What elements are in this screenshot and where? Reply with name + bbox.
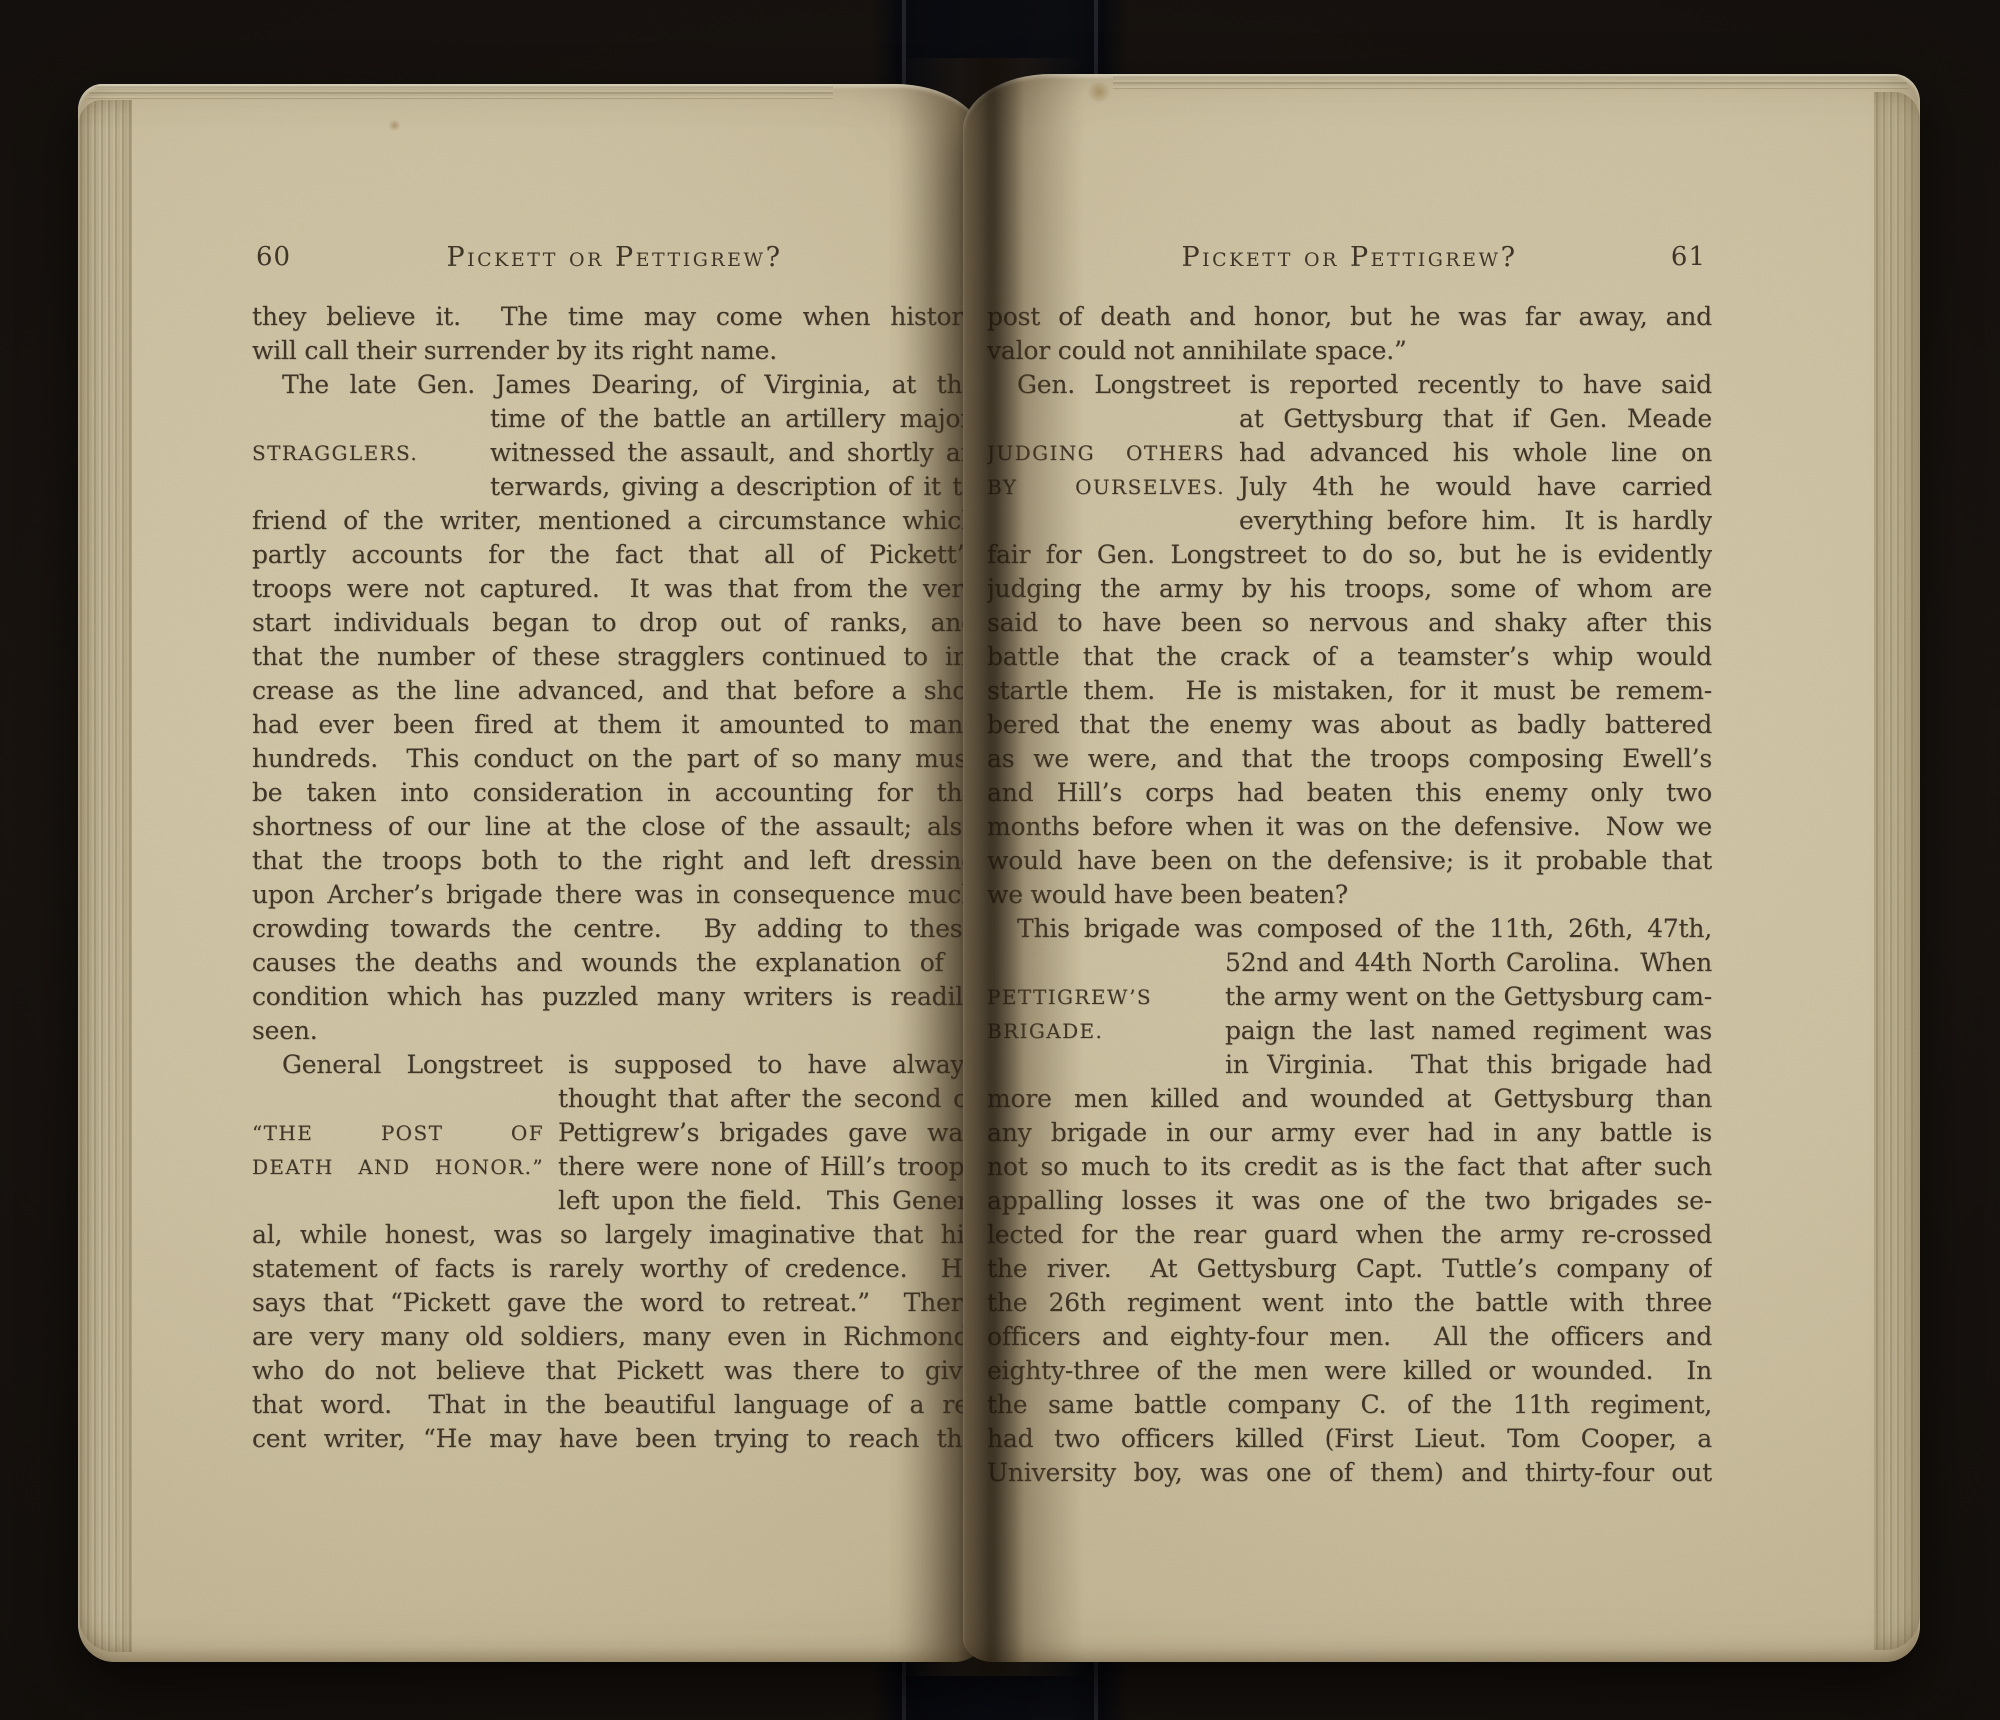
text-line: will call their surrender by its right n… <box>252 334 977 368</box>
running-title: Pickett or Pettigrew? <box>446 242 782 273</box>
text-line: “THE POST OFPettigrew’s brigades gave wa… <box>252 1116 977 1150</box>
line-text: seen. <box>252 1016 317 1045</box>
line-text: are very many old soldiers, many even in… <box>252 1322 977 1351</box>
line-text: time of the battle an artillery major, <box>490 404 977 433</box>
text-line: statement of facts is rarely worthy of c… <box>252 1252 977 1286</box>
line-text: had advanced his whole line on <box>1239 438 1712 467</box>
line-text: partly accounts for the fact that all of… <box>252 540 977 569</box>
line-text: 52nd and 44th North Carolina. When <box>1225 948 1712 977</box>
photo-background: 60 Pickett or Pettigrew? they believe it… <box>0 0 2000 1720</box>
line-text: troops were not captured. It was that fr… <box>252 574 977 603</box>
line-text: crowding towards the centre. By adding t… <box>252 914 977 943</box>
text-line: 52nd and 44th North Carolina. When <box>987 946 1712 980</box>
text-line: The late Gen. James Dearing, of Virginia… <box>252 368 977 402</box>
line-text: says that “Pickett gave the word to retr… <box>252 1288 977 1317</box>
text-line: terwards, giving a description of it to … <box>252 470 977 504</box>
cut-in-sidenote: “THE POST OF <box>252 1117 544 1150</box>
text-line: who do not believe that Pickett was ther… <box>252 1354 977 1388</box>
book-page-left: 60 Pickett or Pettigrew? they believe it… <box>78 84 983 1662</box>
text-line: upon Archer’s brigade there was in conse… <box>252 878 977 912</box>
text-line: they believe it. The time may come when … <box>252 300 977 334</box>
cut-in-sidenote: DEATH AND HONOR.” <box>252 1151 544 1184</box>
running-title: Pickett or Pettigrew? <box>1181 242 1517 273</box>
line-text: the 26th regiment went into the battle w… <box>987 1288 1712 1317</box>
line-text: terwards, giving a description of it to … <box>490 472 977 504</box>
text-line: the 26th regiment went into the battle w… <box>987 1286 1712 1320</box>
line-text: University boy, was one of them) and thi… <box>987 1458 1712 1487</box>
text-line: PETTIGREW’Sthe army went on the Gettysbu… <box>987 980 1712 1014</box>
text-line: start individuals began to drop out of r… <box>252 606 977 640</box>
text-line: JUDGING OTHERShad advanced his whole lin… <box>987 436 1712 470</box>
line-text: witnessed the assault, and shortly af- <box>490 438 977 467</box>
line-text: that the number of these stragglers cont… <box>252 642 977 671</box>
line-text: This brigade was composed of the 11th, 2… <box>1017 914 1712 943</box>
line-text: valor could not annihilate space.” <box>987 336 1407 365</box>
text-line: the same battle company C. of the 11th r… <box>987 1388 1712 1422</box>
text-line: troops were not captured. It was that fr… <box>252 572 977 606</box>
line-text: any brigade in our army ever had in any … <box>987 1118 1712 1147</box>
line-text: eighty-three of the men were killed or w… <box>987 1356 1712 1385</box>
text-line: at Gettysburg that if Gen. Meade <box>987 402 1712 436</box>
cut-in-sidenote: STRAGGLERS. <box>252 437 476 470</box>
text-line: everything before him. It is hardly <box>987 504 1712 538</box>
line-text: not so much to its credit as is the fact… <box>987 1152 1712 1181</box>
line-text: startle them. He is mistaken, for it mus… <box>987 676 1712 705</box>
text-line: months before when it was on the defensi… <box>987 810 1712 844</box>
line-text: they believe it. The time may come when … <box>252 302 977 331</box>
text-line: hundreds. This conduct on the part of so… <box>252 742 977 776</box>
text-line: as we were, and that the troops composin… <box>987 742 1712 776</box>
text-line: post of death and honor, but he was far … <box>987 300 1712 334</box>
text-line: left upon the field. This Gener- <box>252 1184 977 1218</box>
text-line: eighty-three of the men were killed or w… <box>987 1354 1712 1388</box>
line-text: battle that the crack of a teamster’s wh… <box>987 642 1712 671</box>
line-text: in Virginia. That this brigade had <box>1225 1050 1712 1079</box>
text-line: judging the army by his troops, some of … <box>987 572 1712 606</box>
line-text: the army went on the Gettysburg cam- <box>1225 982 1712 1011</box>
text-line: thought that after the second of <box>252 1082 977 1116</box>
text-line: causes the deaths and wounds the explana… <box>252 946 977 980</box>
page-number: 60 <box>256 242 291 272</box>
text-line: be taken into consideration in accountin… <box>252 776 977 810</box>
line-text: start individuals began to drop out of r… <box>252 608 977 637</box>
line-text: would have been on the defensive; is it … <box>987 846 1712 875</box>
line-text: left upon the field. This Gener- <box>558 1186 977 1215</box>
line-text: General Longstreet is supposed to have a… <box>282 1050 977 1079</box>
page-header: 60 Pickett or Pettigrew? <box>252 242 977 273</box>
text-line: DEATH AND HONOR.”there were none of Hill… <box>252 1150 977 1184</box>
line-text: cent writer, “He may have been trying to… <box>252 1424 977 1453</box>
text-line: STRAGGLERS.witnessed the assault, and sh… <box>252 436 977 470</box>
cut-in-sidenote: BY OURSELVES. <box>987 471 1225 504</box>
page-edge-stack-left <box>78 100 132 1652</box>
cut-in-sidenote: BRIGADE. <box>987 1015 1211 1048</box>
text-line: al, while honest, was so largely imagina… <box>252 1218 977 1252</box>
text-line: cent writer, “He may have been trying to… <box>252 1422 977 1456</box>
text-line: crowding towards the centre. By adding t… <box>252 912 977 946</box>
text-line: friend of the writer, mentioned a circum… <box>252 504 977 538</box>
line-text: the river. At Gettysburg Capt. Tuttle’s … <box>987 1254 1712 1283</box>
text-line: battle that the crack of a teamster’s wh… <box>987 640 1712 674</box>
text-line: University boy, was one of them) and thi… <box>987 1456 1712 1490</box>
page-edge-stack-top <box>88 84 833 99</box>
cut-in-sidenote: PETTIGREW’S <box>987 981 1211 1014</box>
line-text: Pettigrew’s brigades gave way <box>558 1118 977 1147</box>
text-line: that the number of these stragglers cont… <box>252 640 977 674</box>
line-text: hundreds. This conduct on the part of so… <box>252 744 977 773</box>
text-line: condition which has puzzled many writers… <box>252 980 977 1014</box>
line-text: we would have been beaten? <box>987 880 1348 909</box>
line-text: had ever been fired at them it amounted … <box>252 710 977 739</box>
line-text: friend of the writer, mentioned a circum… <box>252 506 977 535</box>
text-line: shortness of our line at the close of th… <box>252 810 977 844</box>
line-text: who do not believe that Pickett was ther… <box>252 1356 977 1385</box>
line-text: upon Archer’s brigade there was in conse… <box>252 880 977 909</box>
text-line: officers and eighty-four men. All the of… <box>987 1320 1712 1354</box>
text-line: had ever been fired at them it amounted … <box>252 708 977 742</box>
text-line: BRIGADE.paign the last named regiment wa… <box>987 1014 1712 1048</box>
book-page-right: Pickett or Pettigrew? 61 post of death a… <box>963 74 1920 1662</box>
line-text: causes the deaths and wounds the explana… <box>252 948 977 977</box>
line-text: statement of facts is rarely worthy of c… <box>252 1254 977 1283</box>
line-text: judging the army by his troops, some of … <box>987 574 1712 603</box>
text-line: valor could not annihilate space.” <box>987 334 1712 368</box>
line-text: shortness of our line at the close of th… <box>252 812 977 841</box>
text-line: in Virginia. That this brigade had <box>987 1048 1712 1082</box>
text-line: would have been on the defensive; is it … <box>987 844 1712 878</box>
text-line: that word. That in the beautiful languag… <box>252 1388 977 1422</box>
text-line: are very many old soldiers, many even in… <box>252 1320 977 1354</box>
line-text: officers and eighty-four men. All the of… <box>987 1322 1712 1351</box>
line-text: said to have been so nervous and shaky a… <box>987 608 1712 637</box>
line-text: at Gettysburg that if Gen. Meade <box>1239 404 1712 433</box>
page-body: they believe it. The time may come when … <box>252 300 977 1456</box>
line-text: paign the last named regiment was left <box>1225 1016 1712 1048</box>
text-line: any brigade in our army ever had in any … <box>987 1116 1712 1150</box>
line-text: al, while honest, was so largely imagina… <box>252 1220 977 1249</box>
text-line: we would have been beaten? <box>987 878 1712 912</box>
text-line: seen. <box>252 1014 977 1048</box>
page-edge-stack-right <box>1874 92 1920 1650</box>
text-line: that the troops both to the right and le… <box>252 844 977 878</box>
text-line: had two officers killed (First Lieut. To… <box>987 1422 1712 1456</box>
text-line: Gen. Longstreet is reported recently to … <box>987 368 1712 402</box>
line-text: that the troops both to the right and le… <box>252 846 977 875</box>
text-line: BY OURSELVES.July 4th he would have carr… <box>987 470 1712 504</box>
text-line: says that “Pickett gave the word to retr… <box>252 1286 977 1320</box>
line-text: and Hill’s corps had beaten this enemy o… <box>987 778 1712 807</box>
text-line: lected for the rear guard when the army … <box>987 1218 1712 1252</box>
text-line: and Hill’s corps had beaten this enemy o… <box>987 776 1712 810</box>
text-line: more men killed and wounded at Gettysbur… <box>987 1082 1712 1116</box>
text-line: startle them. He is mistaken, for it mus… <box>987 674 1712 708</box>
line-text: the same battle company C. of the 11th r… <box>987 1390 1712 1419</box>
text-line: This brigade was composed of the 11th, 2… <box>987 912 1712 946</box>
line-text: there were none of Hill’s troops <box>558 1152 977 1181</box>
line-text: Gen. Longstreet is reported recently to … <box>1017 370 1712 399</box>
page-number: 61 <box>1671 242 1706 272</box>
text-line: time of the battle an artillery major, <box>252 402 977 436</box>
line-text: everything before him. It is hardly <box>1239 506 1712 535</box>
line-text: months before when it was on the defensi… <box>987 812 1712 841</box>
page-body: post of death and honor, but he was far … <box>987 300 1712 1490</box>
line-text: that word. That in the beautiful languag… <box>252 1390 977 1419</box>
text-line: said to have been so nervous and shaky a… <box>987 606 1712 640</box>
line-text: condition which has puzzled many writers… <box>252 982 977 1011</box>
cut-in-sidenote: JUDGING OTHERS <box>987 437 1225 470</box>
text-line: partly accounts for the fact that all of… <box>252 538 977 572</box>
line-text: lected for the rear guard when the army … <box>987 1220 1712 1249</box>
line-text: bered that the enemy was about as badly … <box>987 710 1712 739</box>
text-line: fair for Gen. Longstreet to do so, but h… <box>987 538 1712 572</box>
line-text: as we were, and that the troops composin… <box>987 744 1712 773</box>
text-line: not so much to its credit as is the fact… <box>987 1150 1712 1184</box>
line-text: appalling losses it was one of the two b… <box>987 1186 1712 1215</box>
line-text: will call their surrender by its right n… <box>252 336 777 365</box>
text-line: General Longstreet is supposed to have a… <box>252 1048 977 1082</box>
text-line: appalling losses it was one of the two b… <box>987 1184 1712 1218</box>
line-text: thought that after the second of <box>558 1084 977 1113</box>
line-text: July 4th he would have carried <box>1239 472 1712 501</box>
line-text: be taken into consideration in accountin… <box>252 778 977 807</box>
line-text: post of death and honor, but he was far … <box>987 302 1712 331</box>
text-line: bered that the enemy was about as badly … <box>987 708 1712 742</box>
line-text: crease as the line advanced, and that be… <box>252 676 977 705</box>
line-text: had two officers killed (First Lieut. To… <box>987 1424 1712 1453</box>
text-line: the river. At Gettysburg Capt. Tuttle’s … <box>987 1252 1712 1286</box>
line-text: fair for Gen. Longstreet to do so, but h… <box>987 540 1712 569</box>
text-line: crease as the line advanced, and that be… <box>252 674 977 708</box>
line-text: The late Gen. James Dearing, of Virginia… <box>282 370 977 399</box>
page-edge-stack-top <box>1113 74 1908 89</box>
page-header: Pickett or Pettigrew? 61 <box>987 242 1712 273</box>
line-text: more men killed and wounded at Gettysbur… <box>987 1084 1712 1113</box>
